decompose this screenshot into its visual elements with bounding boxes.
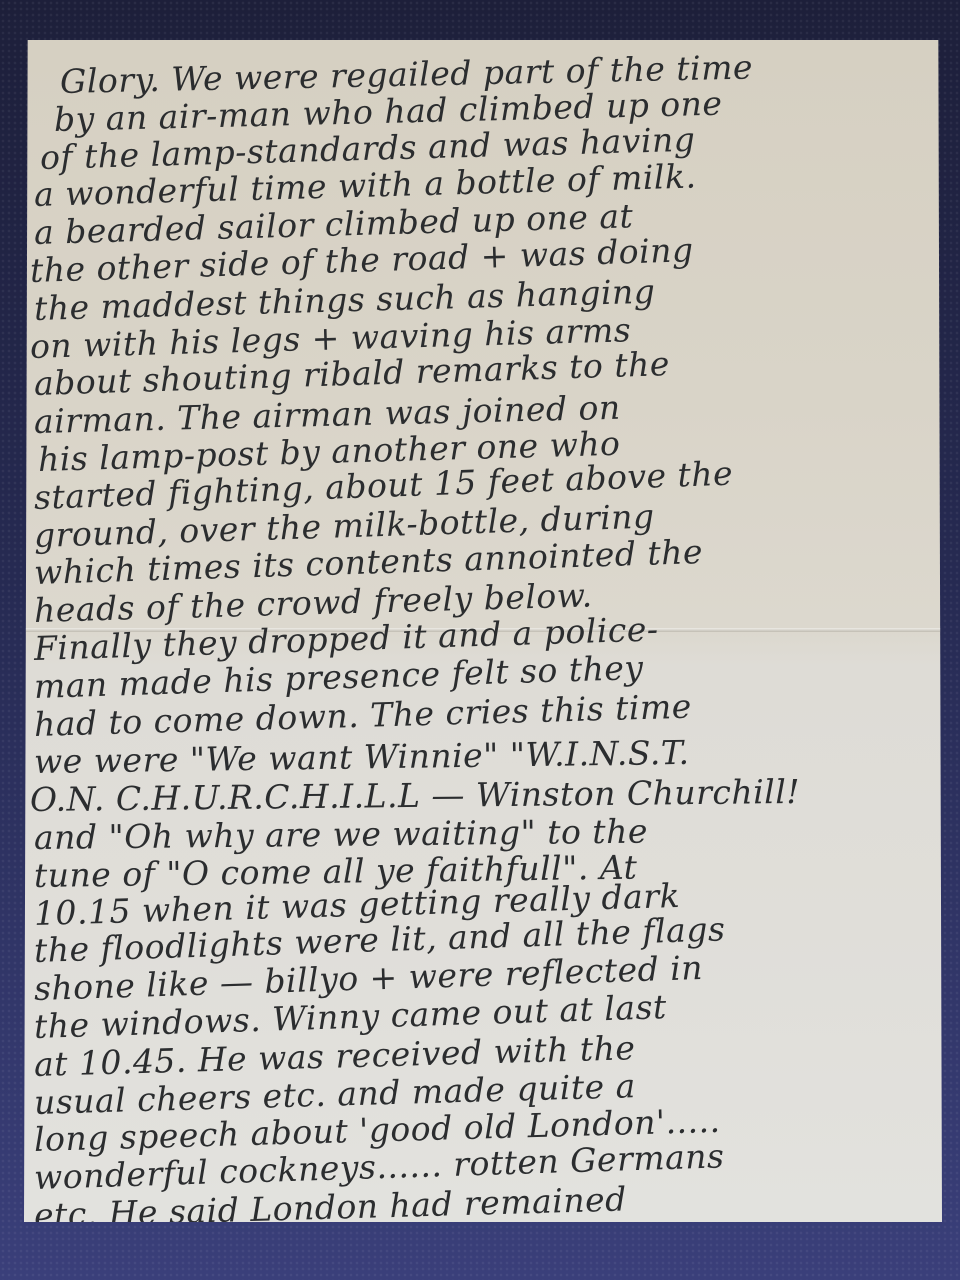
letter-line: firm as a hippopotamus, a rhino- bbox=[29, 1218, 592, 1273]
letter-line: O.N. C.H.U.R.C.H.I.L.L — Winston Churchi… bbox=[30, 772, 800, 819]
letter-page: Glory. We were regailed part of the time… bbox=[24, 40, 942, 1222]
